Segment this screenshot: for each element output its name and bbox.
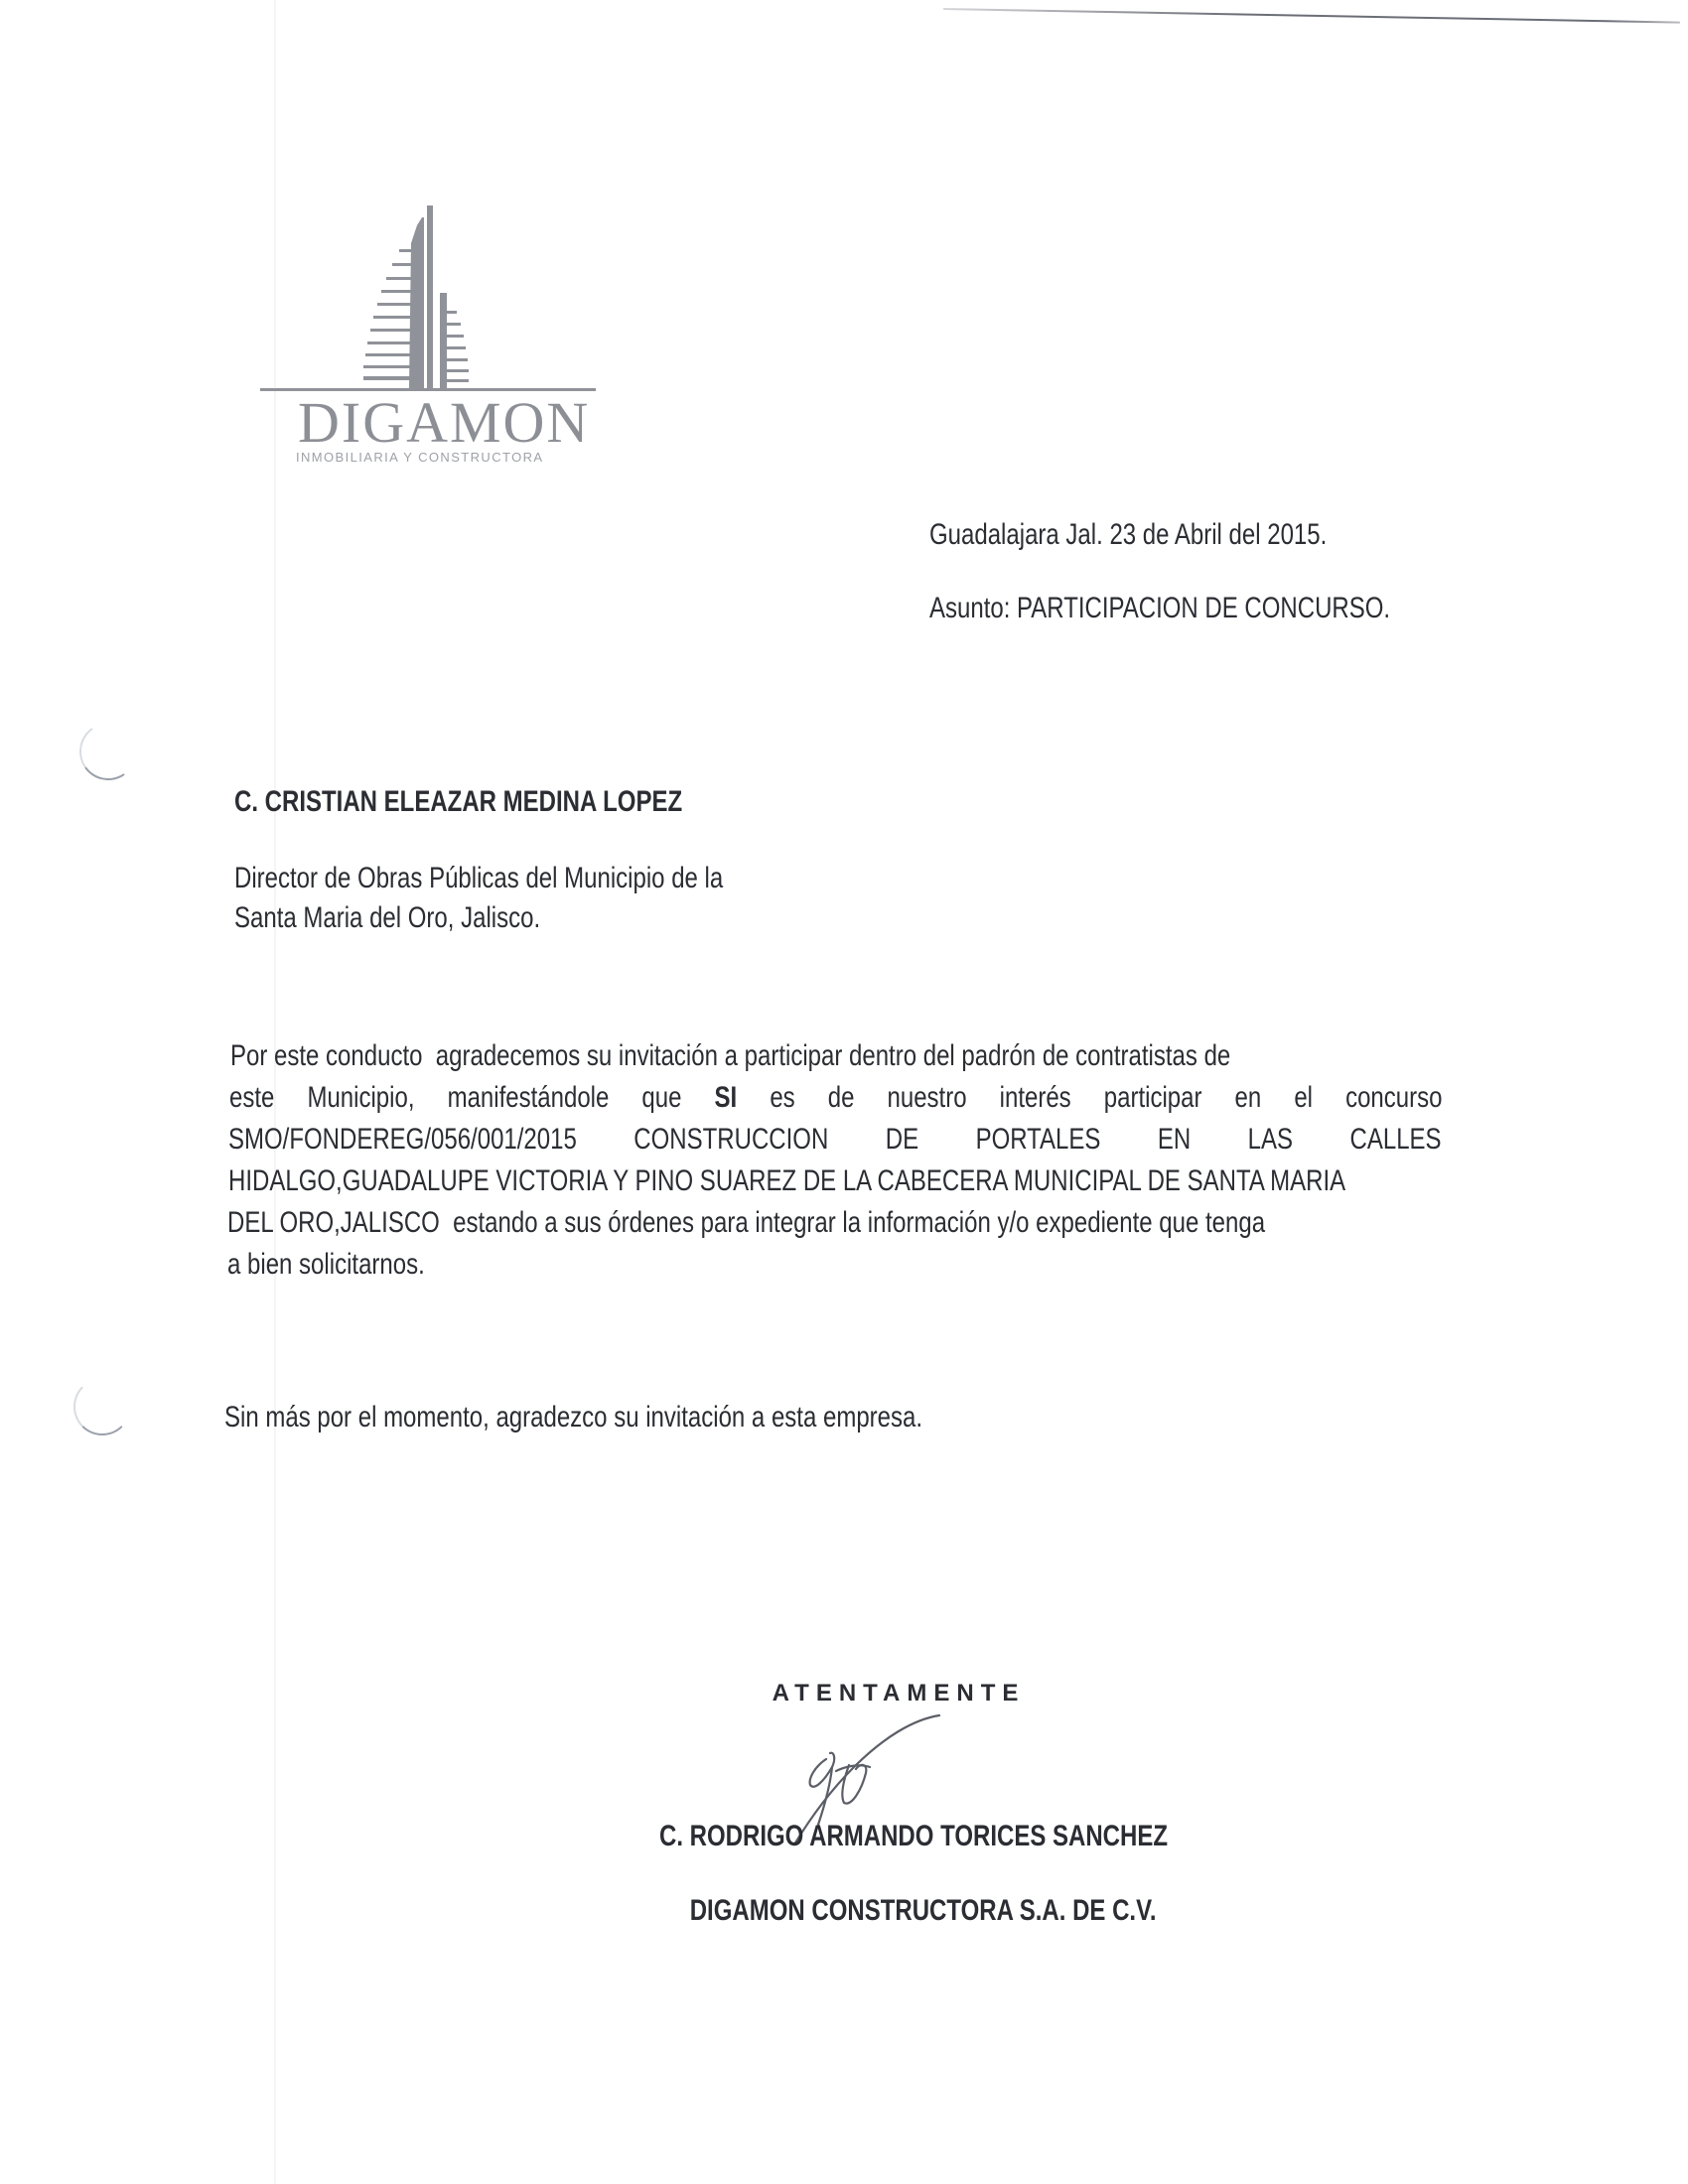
body-word: PORTALES [976, 1122, 1101, 1158]
body-word: SMO/FONDEREG/056/001/2015 [228, 1122, 577, 1158]
recipient-title-line1: Director de Obras Públicas del Municipio… [234, 861, 723, 896]
signer-name-row: C. RODRIGO ARMANDO TORICES SANCHEZ [0, 1819, 1688, 1854]
salutation: ATENTAMENTE [0, 1676, 1688, 1711]
body-word: interés [1000, 1080, 1071, 1116]
body-line: HIDALGO,GUADALUPE VICTORIA Y PINO SUAREZ… [228, 1163, 1442, 1199]
body-text: HIDALGO,GUADALUPE VICTORIA Y PINO SUAREZ… [228, 1163, 1345, 1199]
scan-top-rule [943, 8, 1680, 24]
body-line: SMO/FONDEREG/056/001/2015CONSTRUCCIONDEP… [228, 1122, 1442, 1158]
salutation-text: ATENTAMENTE [773, 1676, 1026, 1711]
body-word: CALLES [1350, 1122, 1442, 1158]
body-word: concurso [1345, 1080, 1442, 1116]
subject-line: Asunto: PARTICIPACION DE CONCURSO. [929, 591, 1390, 626]
body-word: participar [1104, 1080, 1202, 1116]
body-word: Municipio, [307, 1080, 414, 1116]
logo-tagline: INMOBILIARIA Y CONSTRUCTORA [296, 451, 543, 465]
recipient-name: C. CRISTIAN ELEAZAR MEDINA LOPEZ [234, 784, 682, 820]
body-line: a bien solicitarnos. [227, 1247, 1441, 1283]
body-word: que [641, 1080, 681, 1116]
place-date: Guadalajara Jal. 23 de Abril del 2015. [929, 517, 1327, 553]
signer-company-row: DIGAMON CONSTRUCTORA S.A. DE C.V. [0, 1893, 1688, 1929]
body-text: a bien solicitarnos. [227, 1247, 425, 1283]
body-text: Por este conducto agradecemos su invitac… [230, 1038, 1230, 1074]
body-word: LAS [1248, 1122, 1293, 1158]
body-text: DEL ORO,JALISCO estando a sus órdenes pa… [227, 1205, 1265, 1241]
body-word: en [1235, 1080, 1262, 1116]
body-word: EN [1158, 1122, 1191, 1158]
building-skyline-icon [260, 204, 598, 394]
body-word: este [229, 1080, 274, 1116]
body-word: manifestándole [448, 1080, 610, 1116]
punch-hole-mark [74, 718, 141, 784]
body-word: es [770, 1080, 794, 1116]
signer-name: C. RODRIGO ARMANDO TORICES SANCHEZ [659, 1819, 1168, 1854]
body-word: CONSTRUCCION [633, 1122, 828, 1158]
punch-hole-mark [73, 1378, 131, 1435]
body-word: el [1294, 1080, 1313, 1116]
body-line: esteMunicipio,manifestándolequeSIesdenue… [229, 1080, 1443, 1116]
closing-line: Sin más por el momento, agradezco su inv… [224, 1400, 922, 1435]
signer-company: DIGAMON CONSTRUCTORA S.A. DE C.V. [690, 1893, 1157, 1929]
body-word: de [828, 1080, 855, 1116]
logo-company-name: DIGAMON [298, 393, 590, 453]
body-word: SI [715, 1080, 738, 1116]
body-word: nuestro [888, 1080, 967, 1116]
body-line: Por este conducto agradecemos su invitac… [230, 1038, 1444, 1074]
recipient-title-line2: Santa Maria del Oro, Jalisco. [234, 900, 540, 936]
body-word: DE [886, 1122, 918, 1158]
body-line: DEL ORO,JALISCO estando a sus órdenes pa… [227, 1205, 1441, 1241]
